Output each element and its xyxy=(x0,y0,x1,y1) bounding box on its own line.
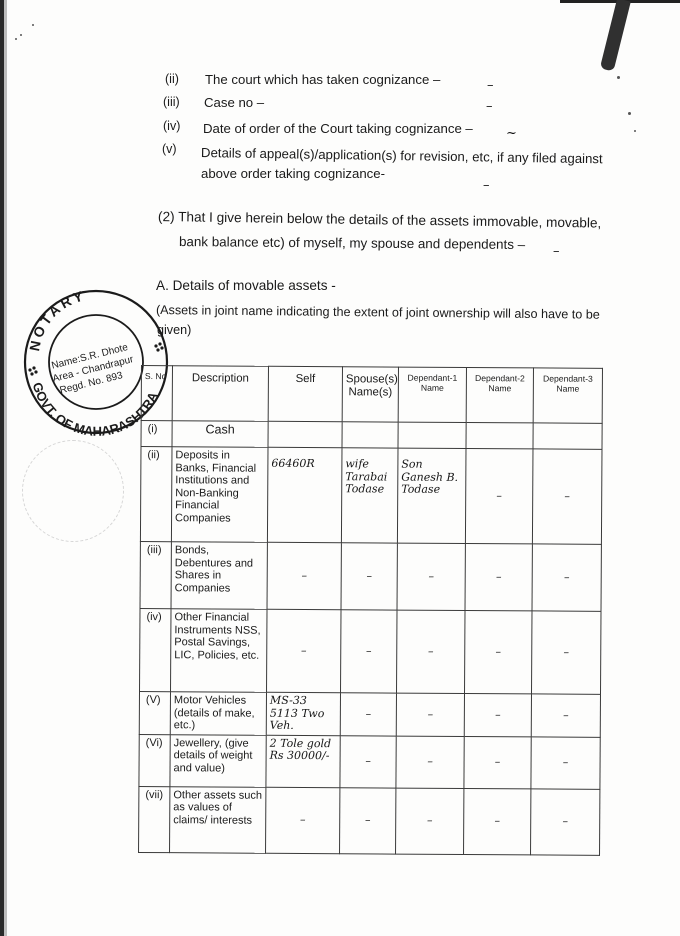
section2-line1: (2) That I give herein below the details… xyxy=(158,209,601,231)
row-sno: (iv) xyxy=(140,608,172,691)
header-dependant-1: Dependant-1 Name xyxy=(398,367,466,422)
row-dependant-3: – xyxy=(531,736,600,788)
row-dependant-1 xyxy=(398,422,466,448)
row-dependant-3: – xyxy=(531,611,601,694)
row-self: – xyxy=(266,787,340,853)
item-number: (ii) xyxy=(165,72,179,86)
row-spouse: – xyxy=(341,543,397,610)
handwritten-answer: – xyxy=(553,244,560,259)
row-self: – xyxy=(267,542,341,609)
row-sno: (iii) xyxy=(140,541,171,608)
row-dependant-3: – xyxy=(532,449,602,544)
row-description: Jewellery, (give details of weight and v… xyxy=(170,734,266,787)
table-header-row: S. No Description Self Spouse(s) Name(s)… xyxy=(141,366,602,424)
row-dependant-2: – xyxy=(464,693,531,736)
row-dependant-1: – xyxy=(396,788,464,854)
row-description: Other Financial Instruments NSS, Postal … xyxy=(171,609,268,693)
handwritten-answer: ~ xyxy=(506,126,517,141)
speck xyxy=(15,38,17,40)
header-spouse: Spouse(s) Name(s) xyxy=(342,367,398,422)
speck xyxy=(20,34,22,36)
row-spouse: wife Tarabai Todase xyxy=(341,448,398,543)
table-row: (vii) Other assets such as values of cla… xyxy=(139,786,600,855)
table-row: (iii) Bonds, Debentures and Shares in Co… xyxy=(140,541,601,611)
row-self: 2 Tole gold Rs 30000/- xyxy=(266,735,340,787)
row-dependant-1: – xyxy=(396,693,464,736)
speck xyxy=(617,76,620,79)
row-dependant-1: – xyxy=(397,543,465,610)
row-description: Bonds, Debentures and Shares in Companie… xyxy=(171,542,267,610)
table-row: (V) Motor Vehicles (details of make, etc… xyxy=(139,691,600,736)
row-dependant-1: – xyxy=(397,610,466,693)
handwritten-answer: – xyxy=(486,99,493,114)
row-dependant-3: – xyxy=(531,694,600,737)
row-dependant-2: – xyxy=(464,788,531,854)
row-self xyxy=(268,421,342,447)
row-description: Cash xyxy=(172,421,268,448)
speck xyxy=(32,24,34,26)
row-dependant-1: – xyxy=(396,736,464,788)
item-text-continued: above order taking cognizance- xyxy=(201,166,385,181)
row-dependant-2: – xyxy=(464,736,531,788)
pen-mark xyxy=(600,0,631,72)
row-self: – xyxy=(267,609,342,692)
movable-assets-table: S. No Description Self Spouse(s) Name(s)… xyxy=(138,365,603,855)
header-dependant-2: Dependant-2 Name xyxy=(466,367,533,422)
section-a-note: (Assets in joint name indicating the ext… xyxy=(156,303,600,322)
row-dependant-2: – xyxy=(464,610,532,693)
item-number: (iii) xyxy=(163,95,180,109)
stamp-top-text: NOTARY xyxy=(26,288,87,352)
row-spouse: – xyxy=(340,787,396,853)
row-spouse: – xyxy=(340,735,396,787)
table-row: (i) Cash xyxy=(141,421,602,450)
item-number: (v) xyxy=(162,142,177,156)
row-sno: (V) xyxy=(139,691,170,734)
row-sno: (ii) xyxy=(140,447,172,542)
header-description: Description xyxy=(172,366,268,422)
row-sno: (i) xyxy=(141,421,172,447)
header-dependant-3: Dependant-3 Name xyxy=(533,368,602,423)
item-text: Details of appeal(s)/application(s) for … xyxy=(201,145,603,166)
row-description: Other assets such as values of claims/ i… xyxy=(170,786,266,853)
handwritten-answer: – xyxy=(487,78,494,93)
item-text: Date of order of the Court taking cogniz… xyxy=(203,121,473,136)
speck xyxy=(628,112,631,115)
section2-line2: bank balance etc) of myself, my spouse a… xyxy=(179,234,525,252)
speck xyxy=(634,130,636,132)
section-a-title: A. Details of movable assets - xyxy=(156,278,336,293)
row-spouse: – xyxy=(341,610,398,693)
item-number: (iv) xyxy=(163,119,180,133)
row-dependant-3 xyxy=(533,423,602,449)
table-row: (Vi) Jewellery, (give details of weight … xyxy=(139,734,600,789)
header-sno: S. No xyxy=(141,366,172,421)
row-description: Deposits in Banks, Financial Institution… xyxy=(171,447,268,543)
item-text: The court which has taken cognizance – xyxy=(205,72,440,87)
row-dependant-2: – xyxy=(465,448,533,543)
row-dependant-2: – xyxy=(465,543,532,610)
header-self: Self xyxy=(268,366,342,421)
scan-left-shadow xyxy=(4,0,7,936)
row-self: 66460R xyxy=(267,447,342,542)
table-row: (ii) Deposits in Banks, Financial Instit… xyxy=(140,447,602,545)
item-text: Case no – xyxy=(204,95,264,110)
handwritten-answer: – xyxy=(483,178,490,193)
faded-stamp xyxy=(22,440,124,542)
row-sno: (Vi) xyxy=(139,734,170,786)
row-dependant-3: – xyxy=(532,544,601,611)
row-dependant-1: Son Ganesh B. Todase xyxy=(397,448,466,543)
table-row: (iv) Other Financial Instruments NSS, Po… xyxy=(140,608,601,694)
row-spouse xyxy=(342,422,398,448)
row-spouse: – xyxy=(340,693,396,736)
row-self: MS-33 5113 Two Veh. xyxy=(266,692,340,735)
row-sno: (vii) xyxy=(139,786,170,852)
row-dependant-3: – xyxy=(531,788,600,854)
row-description: Motor Vehicles (details of make, etc.) xyxy=(170,692,266,735)
svg-text:NOTARY: NOTARY xyxy=(26,288,87,352)
row-dependant-2 xyxy=(466,422,533,448)
